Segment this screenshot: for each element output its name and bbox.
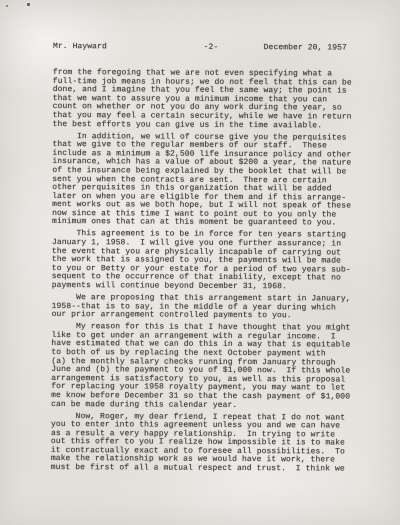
letter-paragraph: This agreement is to be in force for ten…: [52, 230, 368, 292]
recipient-name: Mr. Hayward: [53, 43, 107, 52]
page-number: -2-: [204, 44, 219, 53]
paper-speck: [27, 3, 30, 6]
letter-header: Mr. Hayward -2- December 20, 1957: [53, 43, 369, 54]
letter-content: Mr. Hayward -2- December 20, 1957 from t…: [51, 43, 369, 478]
letter-date: December 20, 1957: [264, 44, 347, 53]
letter-paragraph: My reason for this is that I have though…: [51, 323, 367, 411]
letter-paragraph: In addition, we will of course give you …: [52, 133, 368, 229]
letter-paragraph: Now, Roger, my dear friend, I repeat tha…: [51, 413, 367, 475]
letter-page: Mr. Hayward -2- December 20, 1957 from t…: [0, 0, 400, 525]
letter-body: from the foregoing that we are not even …: [51, 69, 369, 474]
paper-speck: [6, 5, 8, 7]
letter-paragraph: We are proposing that this arrangement s…: [52, 294, 368, 321]
letter-paragraph: from the foregoing that we are not even …: [53, 69, 369, 131]
